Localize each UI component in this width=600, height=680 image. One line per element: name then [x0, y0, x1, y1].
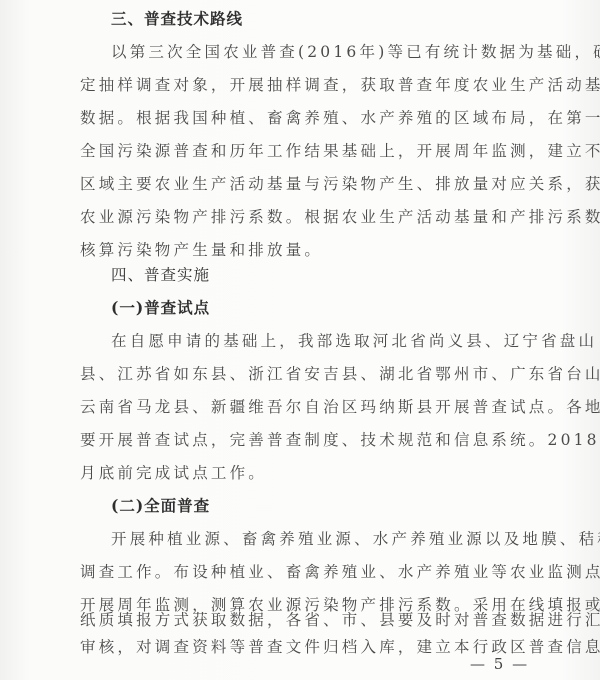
paragraph-line: 审核，对调查资料等普查文件归档入库，建立本行政区普查信息数	[80, 637, 522, 657]
paragraph-line: 数据。根据我国种植、畜禽养殖、水产养殖的区域布局，在第一次	[80, 108, 522, 128]
paragraph-line: 月底前完成试点工作。	[80, 463, 522, 483]
document-page: 三、普查技术路线 以第三次全国农业普查(2016年)等已有统计数据为基础，确 定…	[0, 0, 600, 680]
paragraph-line: 在自愿申请的基础上，我部选取河北省尚义县、辽宁省盘山	[111, 331, 522, 351]
paragraph-line: 定抽样调查对象，开展抽样调查，获取普查年度农业生产活动基础	[80, 75, 522, 95]
paragraph-line: 开展种植业源、畜禽养殖业源、水产养殖业源以及地膜、秸秆	[111, 529, 522, 549]
page-number: — 5 —	[470, 655, 529, 673]
paragraph-line: 农业源污染物产排污系数。根据农业生产活动基量和产排污系数	[80, 207, 522, 227]
section-heading-technical-route: 三、普查技术路线	[111, 9, 243, 29]
paragraph-line: 县、江苏省如东县、浙江省安吉县、湖北省鄂州市、广东省台山市、	[80, 364, 522, 384]
paragraph-line: 纸质填报方式获取数据，各省、市、县要及时对普查数据进行汇总	[80, 610, 522, 630]
subsection-heading-pilot: (一)普查试点	[111, 298, 210, 318]
paragraph-line: 以第三次全国农业普查(2016年)等已有统计数据为基础，确	[111, 42, 522, 62]
paragraph-line: 核算污染物产生量和排放量。	[80, 240, 522, 260]
paragraph-line: 调查工作。布设种植业、畜禽养殖业、水产养殖业等农业监测点，	[80, 562, 522, 582]
paragraph-line: 全国污染源普查和历年工作结果基础上，开展周年监测，建立不同	[80, 141, 522, 161]
subsection-heading-full-census: (二)全面普查	[111, 496, 210, 516]
paragraph-line: 要开展普查试点，完善普查制度、技术规范和信息系统。2018年6	[80, 430, 522, 450]
paragraph-line: 区域主要农业生产活动基量与污染物产生、排放量对应关系，获取	[80, 174, 522, 194]
section-heading-implementation: 四、普查实施	[111, 265, 210, 285]
paragraph-line: 云南省马龙县、新疆维吾尔自治区玛纳斯县开展普查试点。各地	[80, 397, 522, 417]
